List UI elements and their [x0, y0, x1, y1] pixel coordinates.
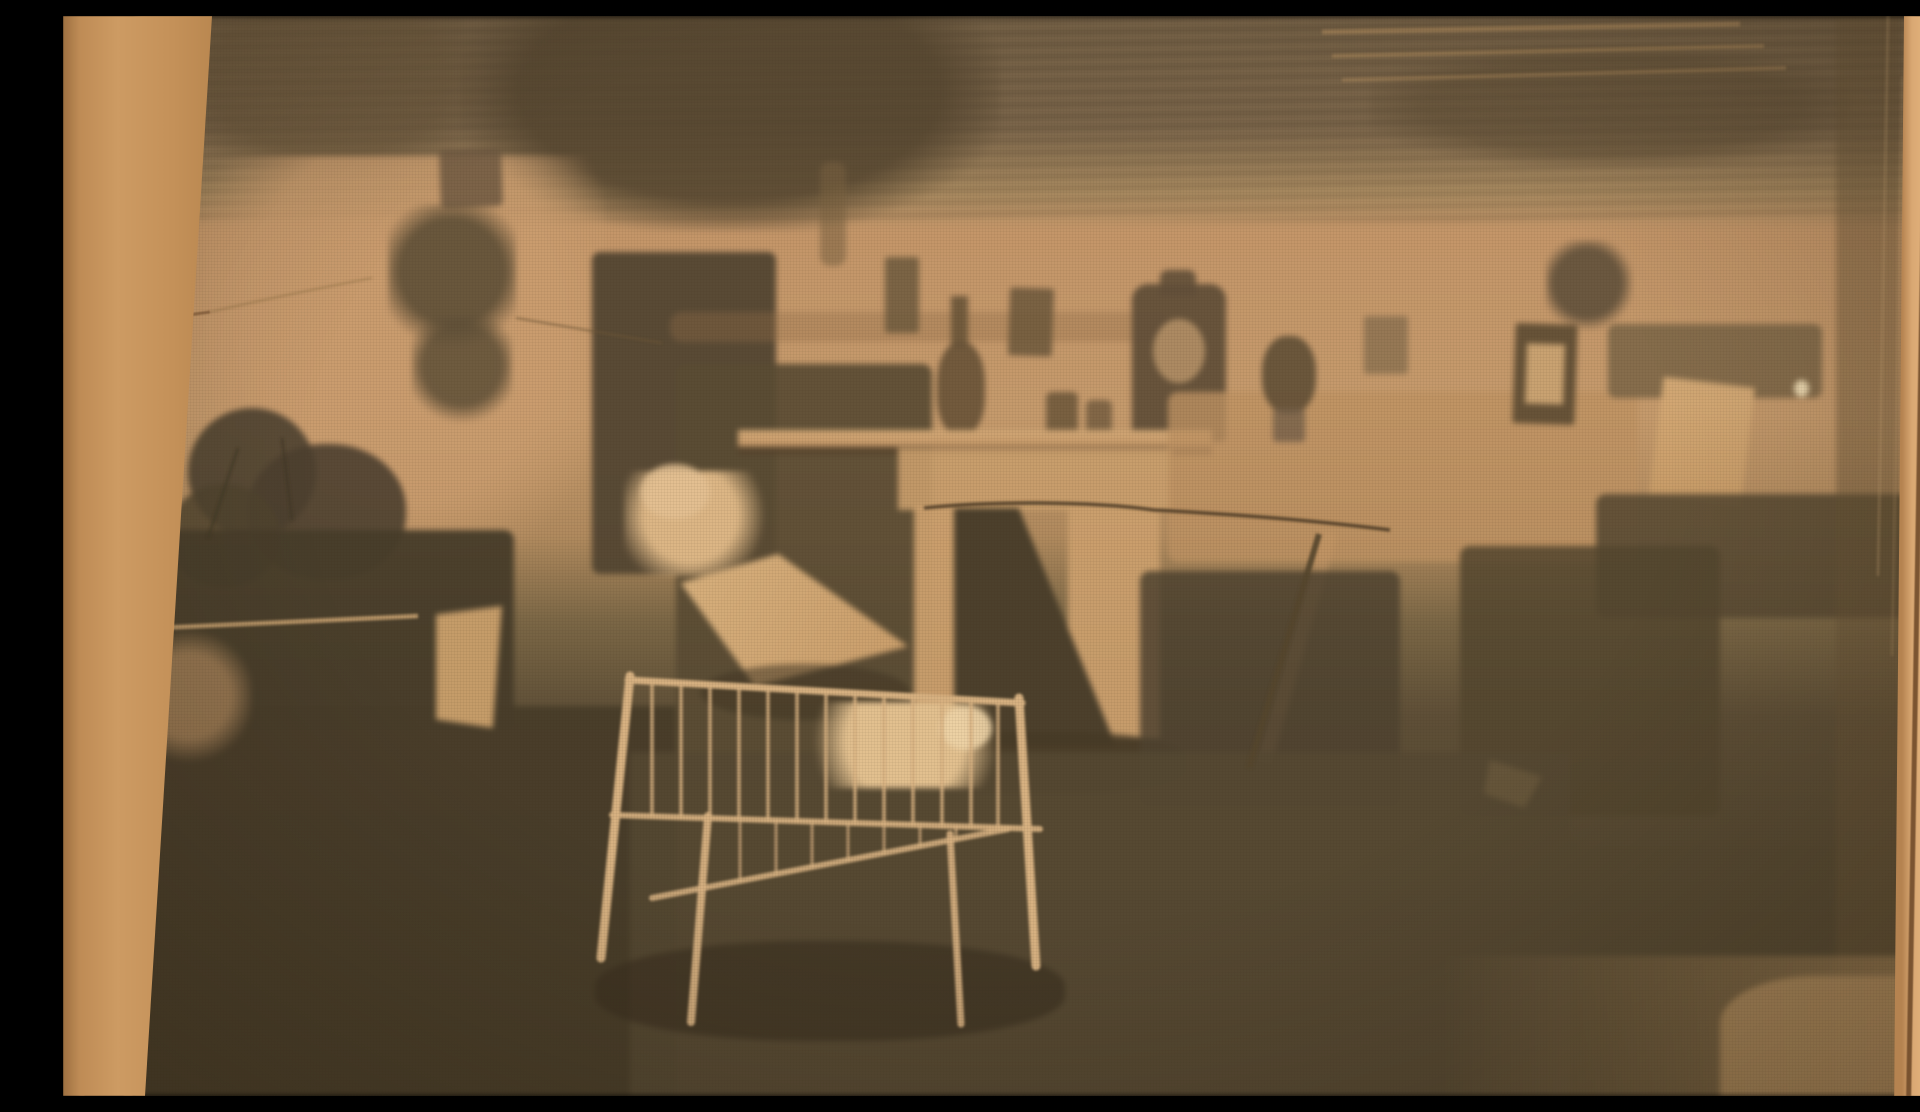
photo-vignette: [136, 16, 1914, 1096]
right-edge-dark-line: [1906, 16, 1920, 1096]
newspaper-photo-scan: Aged sepia halftone newspaper photograph…: [40, 16, 1920, 1096]
